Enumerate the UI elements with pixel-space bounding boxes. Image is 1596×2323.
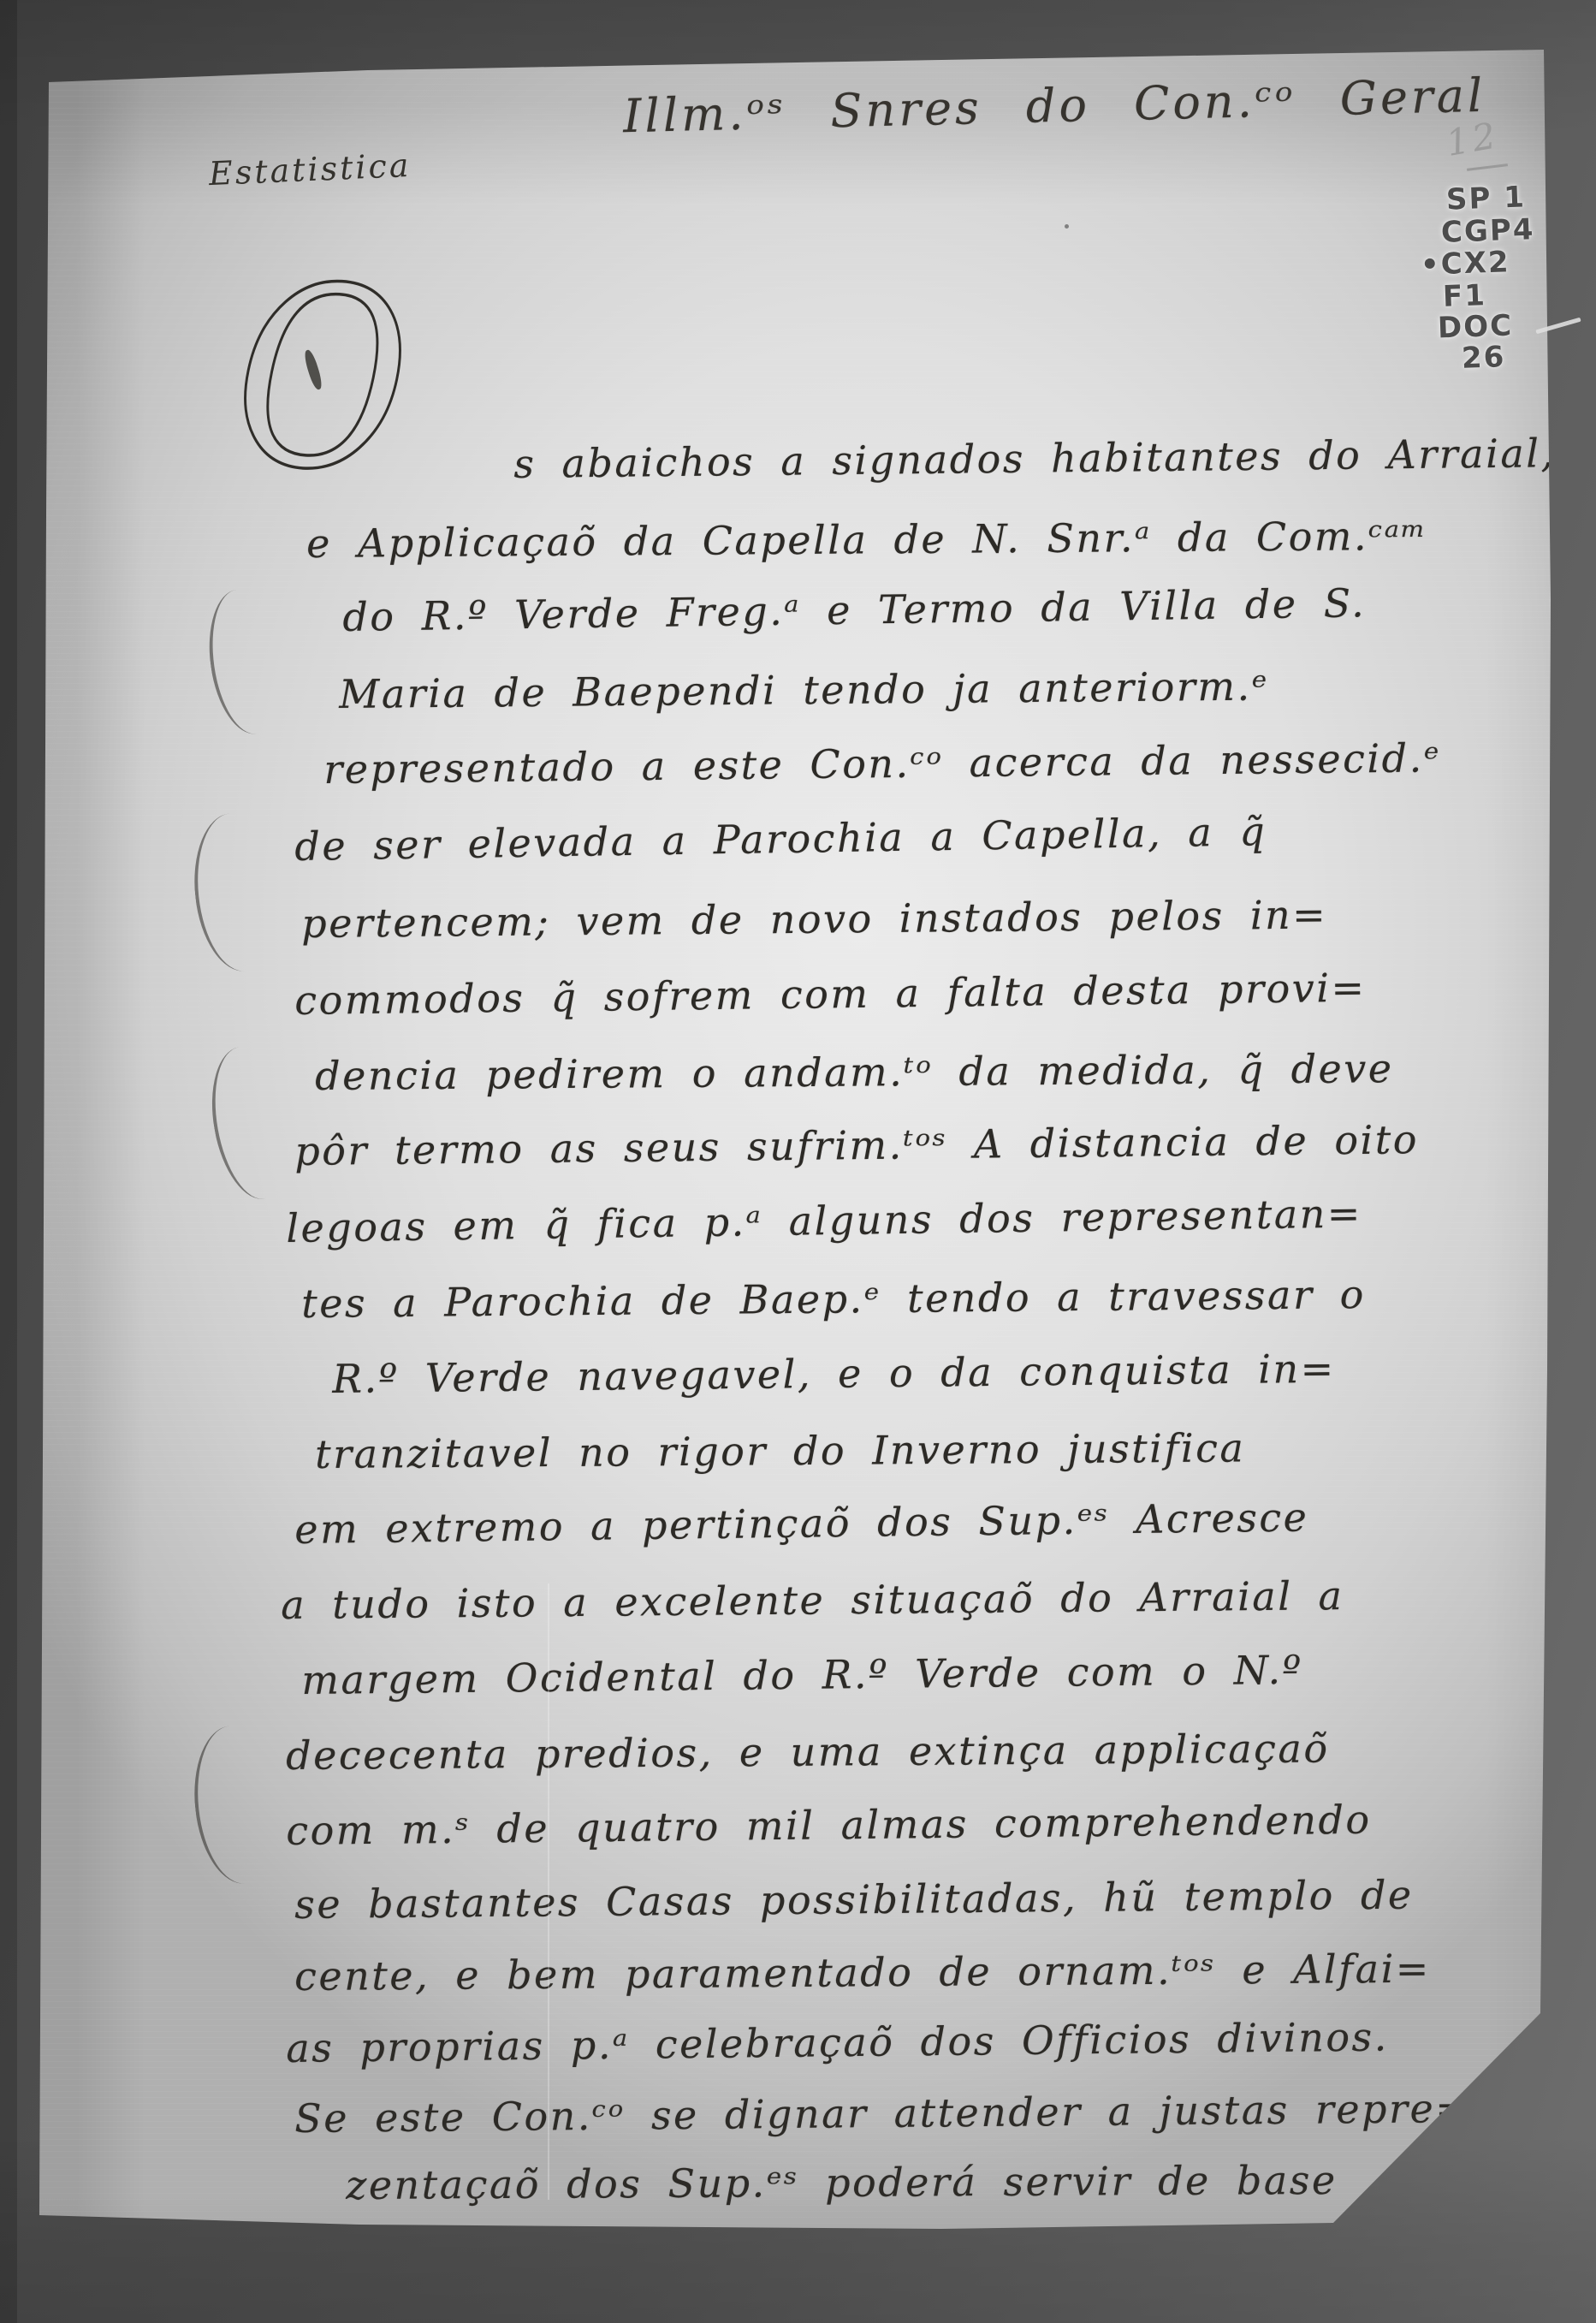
manuscript-line: se bastantes Casas possibilitadas, hũ te…	[294, 1872, 1414, 1928]
manuscript-line: R.º Verde navegavel, e o da conquista in…	[332, 1346, 1336, 1402]
paper-speck	[1065, 224, 1069, 229]
manuscript-line: cente, e bem paramentado de ornam.ᵗᵒˢ e …	[294, 1946, 1431, 1999]
manuscript-line: Maria de Baependi tendo ja anteriorm.ᵉ	[339, 663, 1269, 717]
manuscript-line: a tudo isto a excelente situaçaõ do Arra…	[281, 1572, 1344, 1628]
manuscript-line: as proprias p.ᵃ celebraçaõ dos Officios …	[286, 2014, 1389, 2071]
manuscript-line: e Applicaçaõ da Capella de N. Snr.ᵃ da C…	[306, 513, 1427, 567]
archival-stamp-line: SP 1	[1445, 180, 1526, 217]
manuscript-line: zentaçaõ dos Sup.ᵉˢ poderá servir de bas…	[346, 2157, 1338, 2208]
manuscript-line: legoas em q̃ fica p.ᵃ alguns dos represe…	[286, 1190, 1362, 1251]
manuscript-line: em extremo a pertinçaõ dos Sup.ᵉˢ Acresc…	[294, 1494, 1309, 1553]
subject-annotation: Estatistica	[208, 146, 412, 193]
manuscript-line: Se este Con.ᶜᵒ se dignar attender a just…	[294, 2085, 1470, 2142]
pencil-page-number: 12	[1443, 114, 1502, 164]
manuscript-line: commodos q̃ sofrem com a falta desta pro…	[294, 965, 1367, 1024]
manuscript-line: dececenta predios, e uma extinça applica…	[286, 1725, 1330, 1779]
pen-flourish	[187, 1721, 288, 1887]
archival-stamp-line: CGP4	[1440, 212, 1535, 250]
manuscript-line: tranzitavel no rigor do Inverno justific…	[315, 1424, 1245, 1477]
pen-flourish	[187, 809, 288, 975]
archival-reference-stamp: SP 1CGP4•CX2F1DOC26	[1421, 181, 1557, 387]
manuscript-line: do R.º Verde Freg.ᵃ e Termo da Villa de …	[342, 579, 1366, 640]
manuscript-line: pôr termo as seus sufrim.ᵗᵒˢ A distancia…	[294, 1116, 1419, 1174]
paper-crease	[548, 1583, 549, 2200]
pencil-underline	[1467, 163, 1508, 171]
manuscript-line: de ser elevada a Parochia a Capella, a q…	[294, 808, 1267, 870]
manuscript-line: com m.ˢ de quatro mil almas comprehenden…	[286, 1797, 1372, 1854]
manuscript-line: pertencem; vem de novo instados pelos in…	[301, 892, 1327, 947]
film-scan-background: Illm.ᵒˢ Snres do Con.ᶜᵒ Geral Estatistic…	[0, 0, 1596, 2323]
ornate-initial-o: O	[231, 262, 412, 497]
film-edge-strip	[0, 0, 17, 2323]
manuscript-line: representado a este Con.ᶜᵒ acerca da nes…	[323, 734, 1441, 793]
paper-sheet: Illm.ᵒˢ Snres do Con.ᶜᵒ Geral Estatistic…	[0, 0, 1596, 2323]
manuscript-line: tes a Parochia de Baep.ᵉ tendo a travess…	[301, 1271, 1366, 1327]
document-salutation: Illm.ᵒˢ Snres do Con.ᶜᵒ Geral	[622, 68, 1486, 144]
manuscript-line: dencia pedirem o andam.ᵗᵒ da medida, q̃ …	[315, 1045, 1394, 1099]
archival-stamp-line: F1	[1442, 278, 1486, 314]
pen-flourish	[201, 1041, 303, 1206]
manuscript-line: s abaichos a signados habitantes do Arra…	[513, 430, 1556, 487]
manuscript-line: margem Ocidental do R.º Verde com o N.º	[301, 1647, 1303, 1703]
paper-speck	[601, 1286, 604, 1289]
pen-flourish	[201, 585, 293, 739]
archival-stamp-line: 26	[1461, 340, 1506, 376]
archival-stamp-line: •CX2	[1420, 245, 1510, 282]
